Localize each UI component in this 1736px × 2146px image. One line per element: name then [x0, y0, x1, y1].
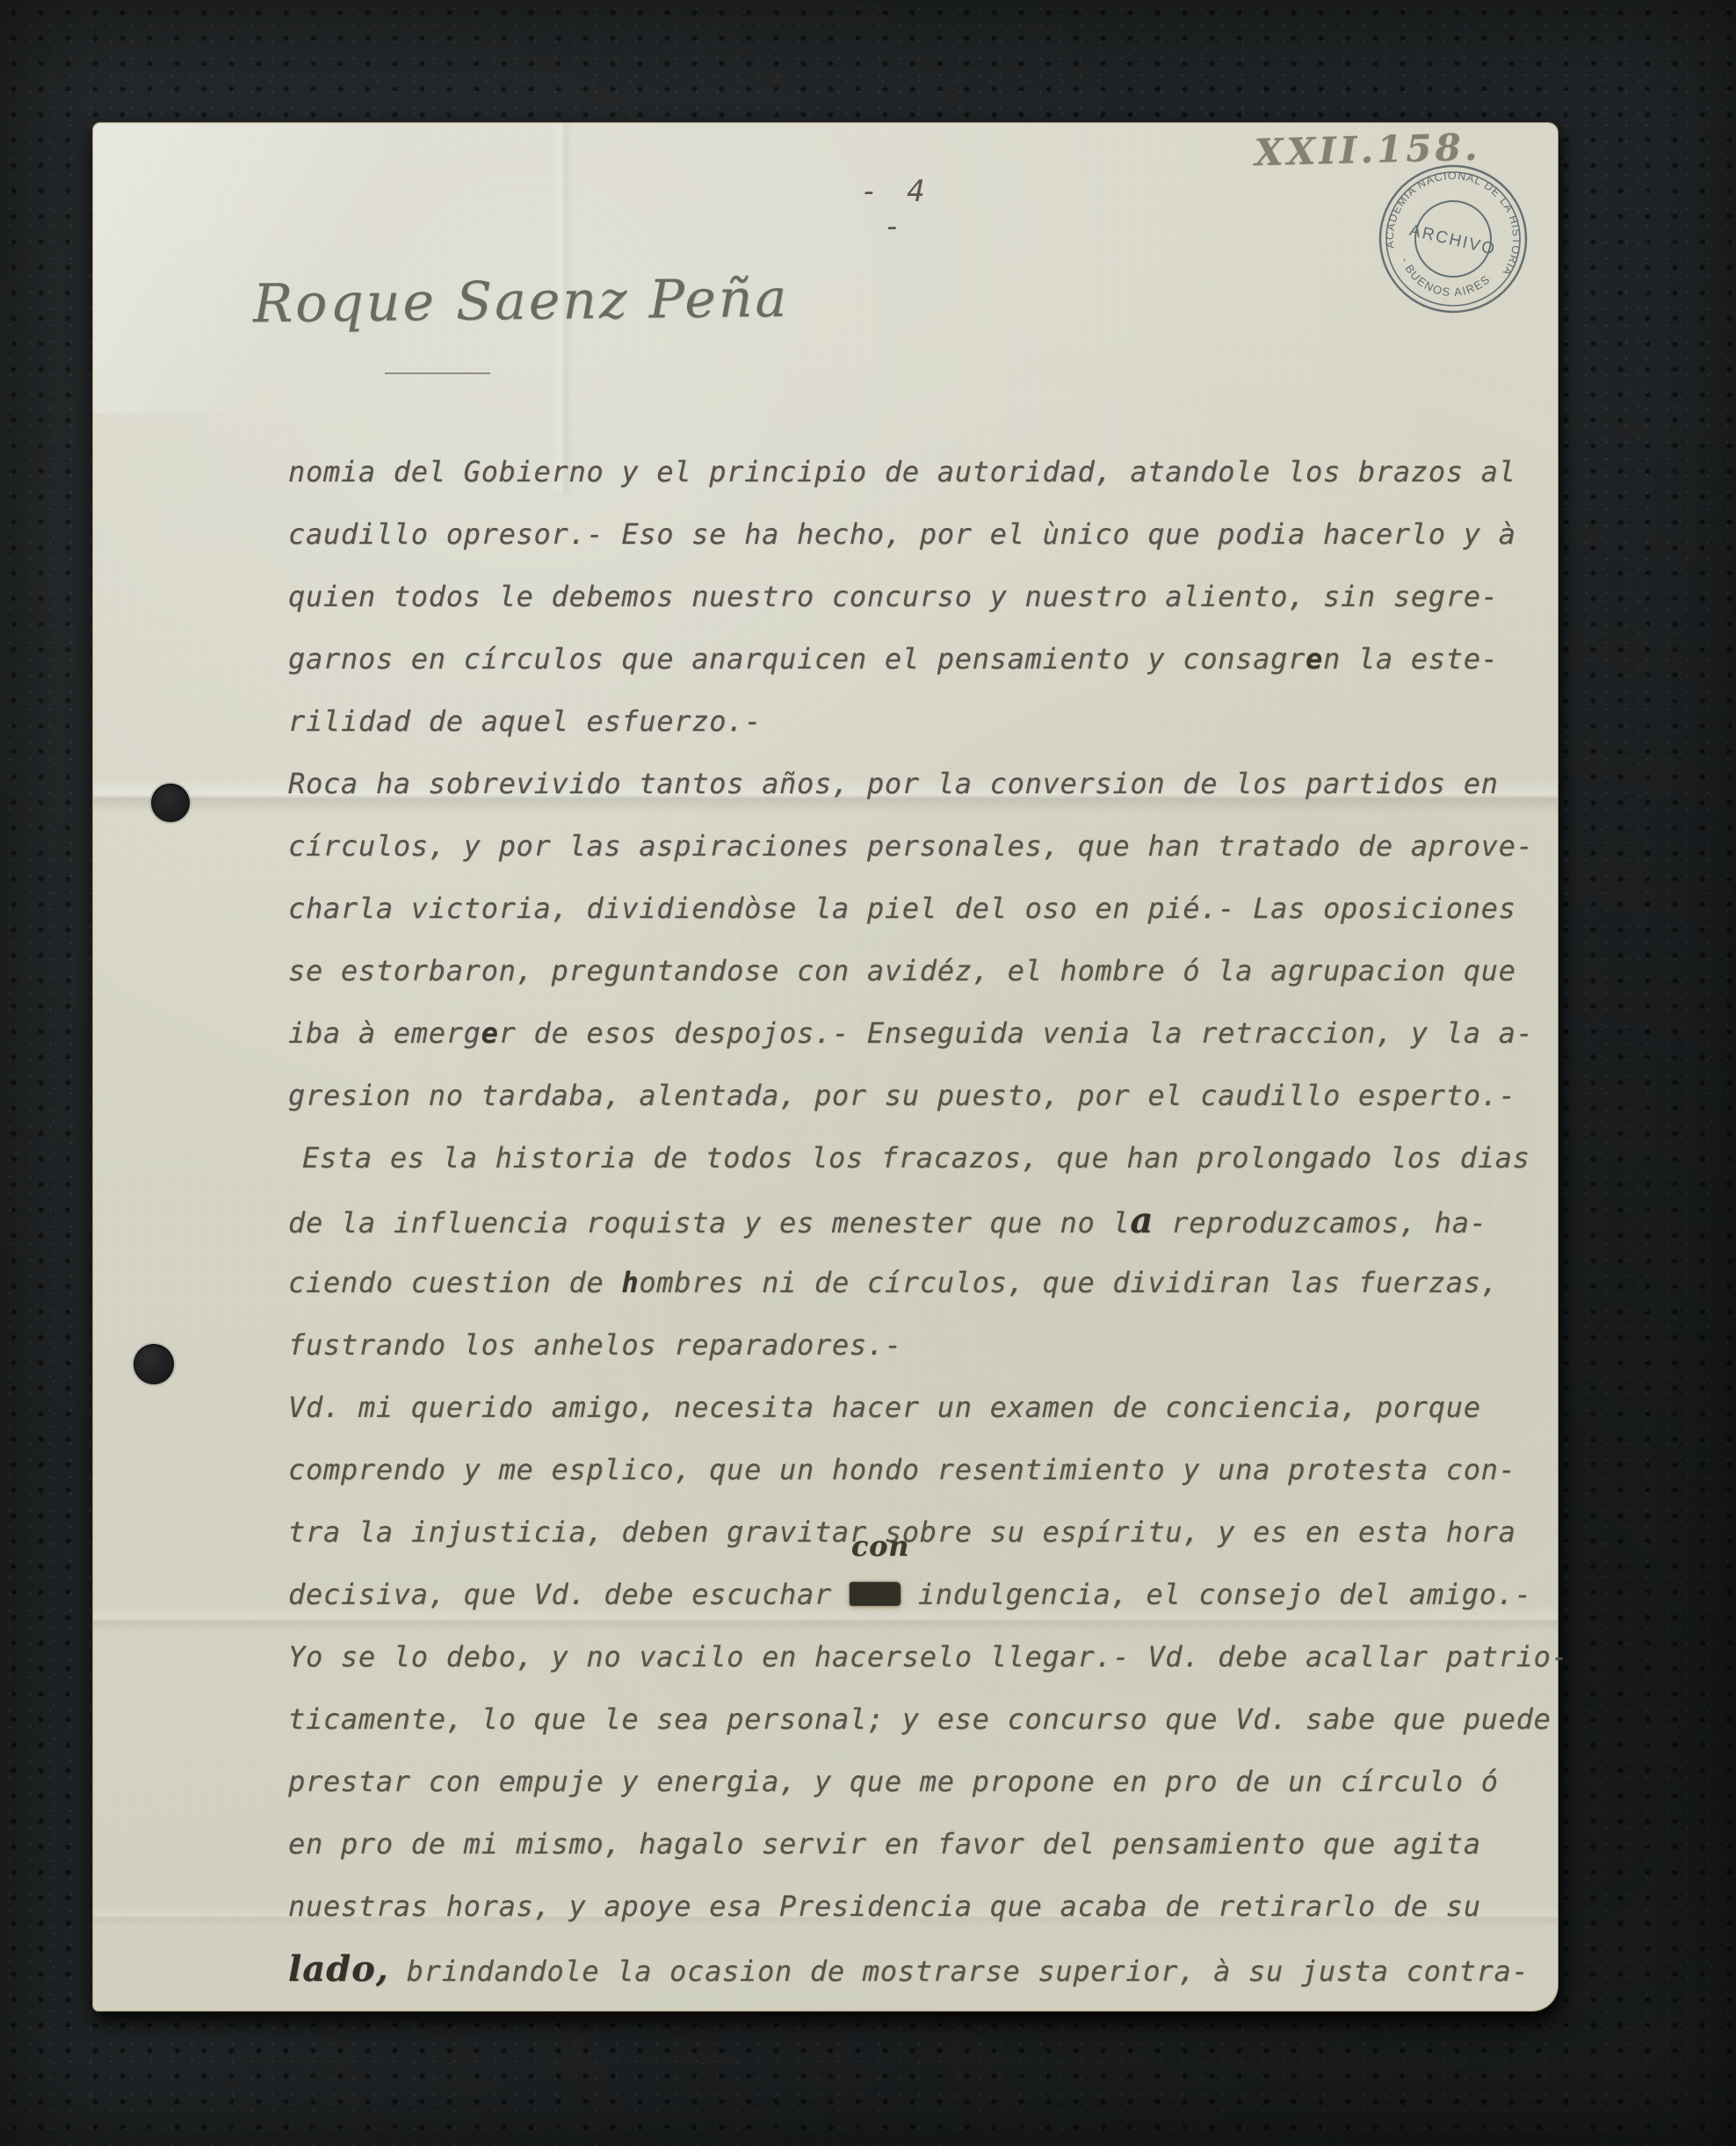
- typewritten-body: nomia del Gobierno y el principio de aut…: [288, 441, 1544, 2000]
- text-line: nomia del Gobierno y el principio de aut…: [288, 441, 1544, 503]
- text-line: círculos, y por las aspiraciones persona…: [288, 815, 1544, 878]
- text-line: se estorbaron, preguntandose con avidéz,…: [288, 940, 1544, 1002]
- correction-word: con: [851, 1532, 909, 1560]
- text-line: gresion no tardaba, alentada, por su pue…: [288, 1065, 1544, 1127]
- handwritten-title: Roque Saenz Peña: [253, 268, 790, 335]
- document-page: XXII.158. ACADEMIA NACIONAL DE LA HISTOR…: [92, 122, 1559, 2012]
- text-line: ciendo cuestion de hombres ni de círculo…: [288, 1252, 1544, 1314]
- desk-background: XXII.158. ACADEMIA NACIONAL DE LA HISTOR…: [0, 0, 1736, 2146]
- archive-stamp: ACADEMIA NACIONAL DE LA HISTORIA - BUENO…: [1360, 146, 1545, 331]
- text-line: fustrando los anhelos reparadores.-: [288, 1314, 1544, 1376]
- overtyped-letter: e: [481, 1016, 499, 1050]
- text-line: Vd. mi querido amigo, necesita hacer un …: [288, 1376, 1544, 1439]
- page-number: - 4 -: [838, 174, 952, 244]
- text-line: comprendo y me esplico, que un hondo res…: [288, 1439, 1544, 1501]
- text-line: charla victoria, dividiendòse la piel de…: [288, 878, 1544, 940]
- text-line: lado, brindandole la ocasion de mostrars…: [288, 1938, 1544, 2000]
- text-line: decisiva, que Vd. debe escuchar con indu…: [288, 1564, 1544, 1626]
- handwritten-word: a: [1130, 1200, 1154, 1241]
- punch-hole-top: [151, 784, 190, 822]
- text-line: prestar con empuje y energia, y que me p…: [288, 1751, 1544, 1813]
- punch-hole-bottom: [134, 1344, 174, 1384]
- overtyped-letter: h: [621, 1266, 639, 1299]
- text-line: caudillo opresor.- Eso se ha hecho, por …: [288, 503, 1544, 566]
- text-line: rilidad de aquel esfuerzo.-: [288, 690, 1544, 753]
- text-line: de la influencia roquista y es menester …: [288, 1189, 1544, 1252]
- overtyped-letter: e: [1306, 642, 1323, 676]
- text-line: Esta es la historia de todos los fracazo…: [288, 1127, 1544, 1189]
- handwritten-word: lado,: [288, 1948, 389, 1990]
- text-line: ticamente, lo que le sea personal; y ese…: [288, 1688, 1544, 1751]
- ink-blot: [850, 1582, 901, 1606]
- text-line: en pro de mi mismo, hagalo servir en fav…: [288, 1813, 1544, 1875]
- text-line: nuestras horas, y apoye esa Presidencia …: [288, 1875, 1544, 1938]
- text-line: quien todos le debemos nuestro concurso …: [288, 566, 1544, 628]
- title-flourish: [385, 372, 490, 374]
- text-line: Roca ha sobrevivido tantos años, por la …: [288, 753, 1544, 815]
- text-line: Yo se lo debo, y no vacilo en hacerselo …: [288, 1626, 1544, 1688]
- corner-fold-crease: [93, 123, 462, 413]
- text-line: tra la injusticia, deben gravitar sobre …: [288, 1501, 1544, 1564]
- text-line: iba à emerger de esos despojos.- Ensegui…: [288, 1002, 1544, 1065]
- text-line: garnos en círculos que anarquicen el pen…: [288, 628, 1544, 690]
- stamp-center-text: ARCHIVO: [1407, 221, 1498, 259]
- redaction: con: [850, 1564, 901, 1626]
